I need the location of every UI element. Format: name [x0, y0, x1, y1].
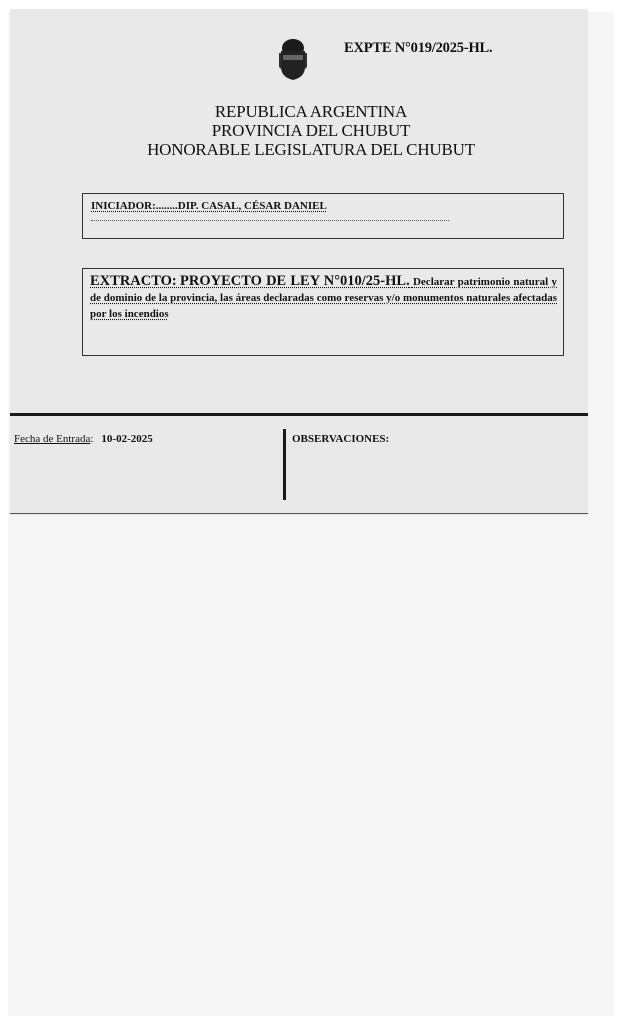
section-divider [10, 413, 588, 416]
iniciador-leader: ........ [156, 200, 178, 212]
fecha-separator: : [90, 433, 93, 445]
chubut-coat-of-arms-icon [277, 37, 309, 81]
fecha-value: 10-02-2025 [101, 433, 152, 445]
iniciador-value: DIP. CASAL, CÉSAR DANIEL [178, 200, 327, 212]
expediente-number: EXPTE N°019/2025-HL. [344, 40, 492, 57]
heading-line-legislature: HONORABLE LEGISLATURA DEL CHUBUT [0, 140, 622, 159]
fecha-label: Fecha de Entrada [14, 433, 90, 445]
institution-heading: REPUBLICA ARGENTINA PROVINCIA DEL CHUBUT… [0, 102, 622, 159]
iniciador-label: INICIADOR: [91, 200, 156, 212]
extracto-proyecto: PROYECTO DE LEY N°010/25-HL. [180, 273, 410, 289]
heading-line-country: REPUBLICA ARGENTINA [0, 102, 622, 121]
iniciador-box: INICIADOR:........DIP. CASAL, CÉSAR DANI… [82, 193, 564, 239]
iniciador-line: INICIADOR:........DIP. CASAL, CÉSAR DANI… [91, 200, 327, 212]
fecha-entrada: Fecha de Entrada:10-02-2025 [14, 433, 153, 445]
extracto-label: EXTRACTO: [90, 273, 177, 289]
heading-line-province: PROVINCIA DEL CHUBUT [0, 121, 622, 140]
dotted-fill-line [91, 220, 449, 221]
column-divider [283, 429, 286, 500]
bottom-rule [10, 513, 588, 514]
extracto-paragraph: EXTRACTO: PROYECTO DE LEY N°010/25-HL. D… [90, 273, 557, 322]
observaciones-label: OBSERVACIONES: [292, 433, 389, 445]
extracto-box: EXTRACTO: PROYECTO DE LEY N°010/25-HL. D… [82, 268, 564, 356]
